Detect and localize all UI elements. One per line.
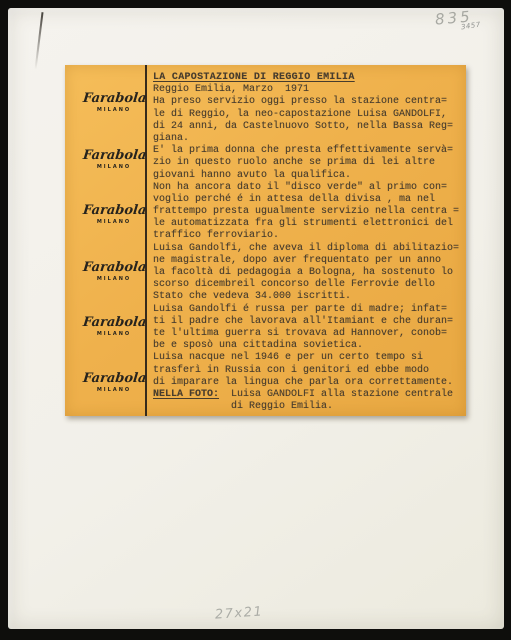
typed-line: Stato che vedeva 34.000 iscritti. [153, 291, 465, 303]
typed-line: Luisa nacque nel 1946 e per un certo tem… [153, 352, 465, 364]
typed-line: Non ha ancora dato il "disco verde" al p… [153, 182, 465, 194]
scan-edge-line [34, 12, 43, 70]
typed-line: ti il padre che lavorava all'Itamiant e … [153, 316, 465, 328]
farabola-logo: Farabola MILANO [83, 261, 145, 283]
farabola-logo-name: Farabola [82, 372, 145, 386]
scanned-photo-back: { "colors": { "paper_yellow": "#efb14c",… [0, 0, 511, 640]
typed-line: voglio perché é in attesa della divisa ,… [153, 194, 465, 206]
typed-line: frattempo presta ugualmente servizio nel… [153, 206, 465, 218]
pencil-size-note: 27x21 [215, 604, 264, 622]
typed-line: le di Reggio, la neo-capostazione Luisa … [153, 109, 465, 121]
typed-line: be e sposò una cittadina sovietica. [153, 340, 465, 352]
typed-line: ne magistrale, dopo aver frequentato per… [153, 255, 465, 267]
pencil-annotation-small: 3457 [461, 21, 482, 32]
caption-title: LA CAPOSTAZIONE DI REGGIO EMILIA [153, 72, 465, 84]
divider-line [145, 65, 147, 416]
farabola-logo-name: Farabola [82, 316, 145, 330]
farabola-logo-city: MILANO [83, 107, 145, 114]
photo-caption-line1: NELLA FOTO: Luisa GANDOLFI alla stazione… [153, 389, 465, 401]
farabola-logo-city: MILANO [83, 164, 145, 171]
photo-caption-rest: Luisa GANDOLFI alla stazione centrale [219, 389, 453, 400]
typed-line: te l'ultima guerra si trovava ad Hannove… [153, 328, 465, 340]
typed-line: traffico ferroviario. [153, 230, 465, 242]
photo-caption-line2: di Reggio Emilia. [153, 401, 465, 413]
farabola-logo-name: Farabola [82, 92, 145, 106]
typed-line: Luisa Gandolfi é russa per parte di madr… [153, 304, 465, 316]
typed-line: Luisa Gandolfi, che aveva il diploma di … [153, 243, 465, 255]
typed-line: le automatizzata fra gli strumenti elett… [153, 218, 465, 230]
photo-caption-label: NELLA FOTO: [153, 389, 219, 400]
typed-line: zio in questo ruolo anche se prima di le… [153, 157, 465, 169]
farabola-logo-name: Farabola [82, 261, 145, 275]
farabola-logo-city: MILANO [83, 219, 145, 226]
typed-line: di imparare la lingua che parla ora corr… [153, 377, 465, 389]
farabola-logo-city: MILANO [83, 387, 145, 394]
farabola-logo: Farabola MILANO [83, 149, 145, 171]
farabola-logo: Farabola MILANO [83, 372, 145, 394]
caption-paper: Farabola MILANO Farabola MILANO Farabola… [65, 65, 466, 416]
farabola-logo: Farabola MILANO [83, 316, 145, 338]
typed-line: trasferì in Russia con i genitori ed ebb… [153, 365, 465, 377]
typed-line: giana. [153, 133, 465, 145]
farabola-logo: Farabola MILANO [83, 92, 145, 114]
typed-line: scorso dicembreil concorso delle Ferrovi… [153, 279, 465, 291]
photo-card-back: 835 3457 Farabola MILANO Farabola MILANO… [8, 8, 504, 629]
typed-text: LA CAPOSTAZIONE DI REGGIO EMILIA Reggio … [153, 72, 465, 413]
typed-line: E' la prima donna che presta effettivame… [153, 145, 465, 157]
typed-body: Ha preso servizio oggi presso la stazion… [153, 96, 465, 389]
farabola-logo-name: Farabola [82, 149, 145, 163]
typed-line: giovani hanno avuto la qualifica. [153, 170, 465, 182]
typed-line: di 24 anni, da Castelnuovo Sotto, nella … [153, 121, 465, 133]
dateline: Reggio Emilia, Marzo 1971 [153, 84, 465, 96]
typed-line: Ha preso servizio oggi presso la stazion… [153, 96, 465, 108]
farabola-logo-city: MILANO [83, 276, 145, 283]
farabola-logo-city: MILANO [83, 331, 145, 338]
farabola-logo-name: Farabola [82, 204, 145, 218]
farabola-logo: Farabola MILANO [83, 204, 145, 226]
typed-line: la facoltà di pedagogia a Bologna, ha so… [153, 267, 465, 279]
